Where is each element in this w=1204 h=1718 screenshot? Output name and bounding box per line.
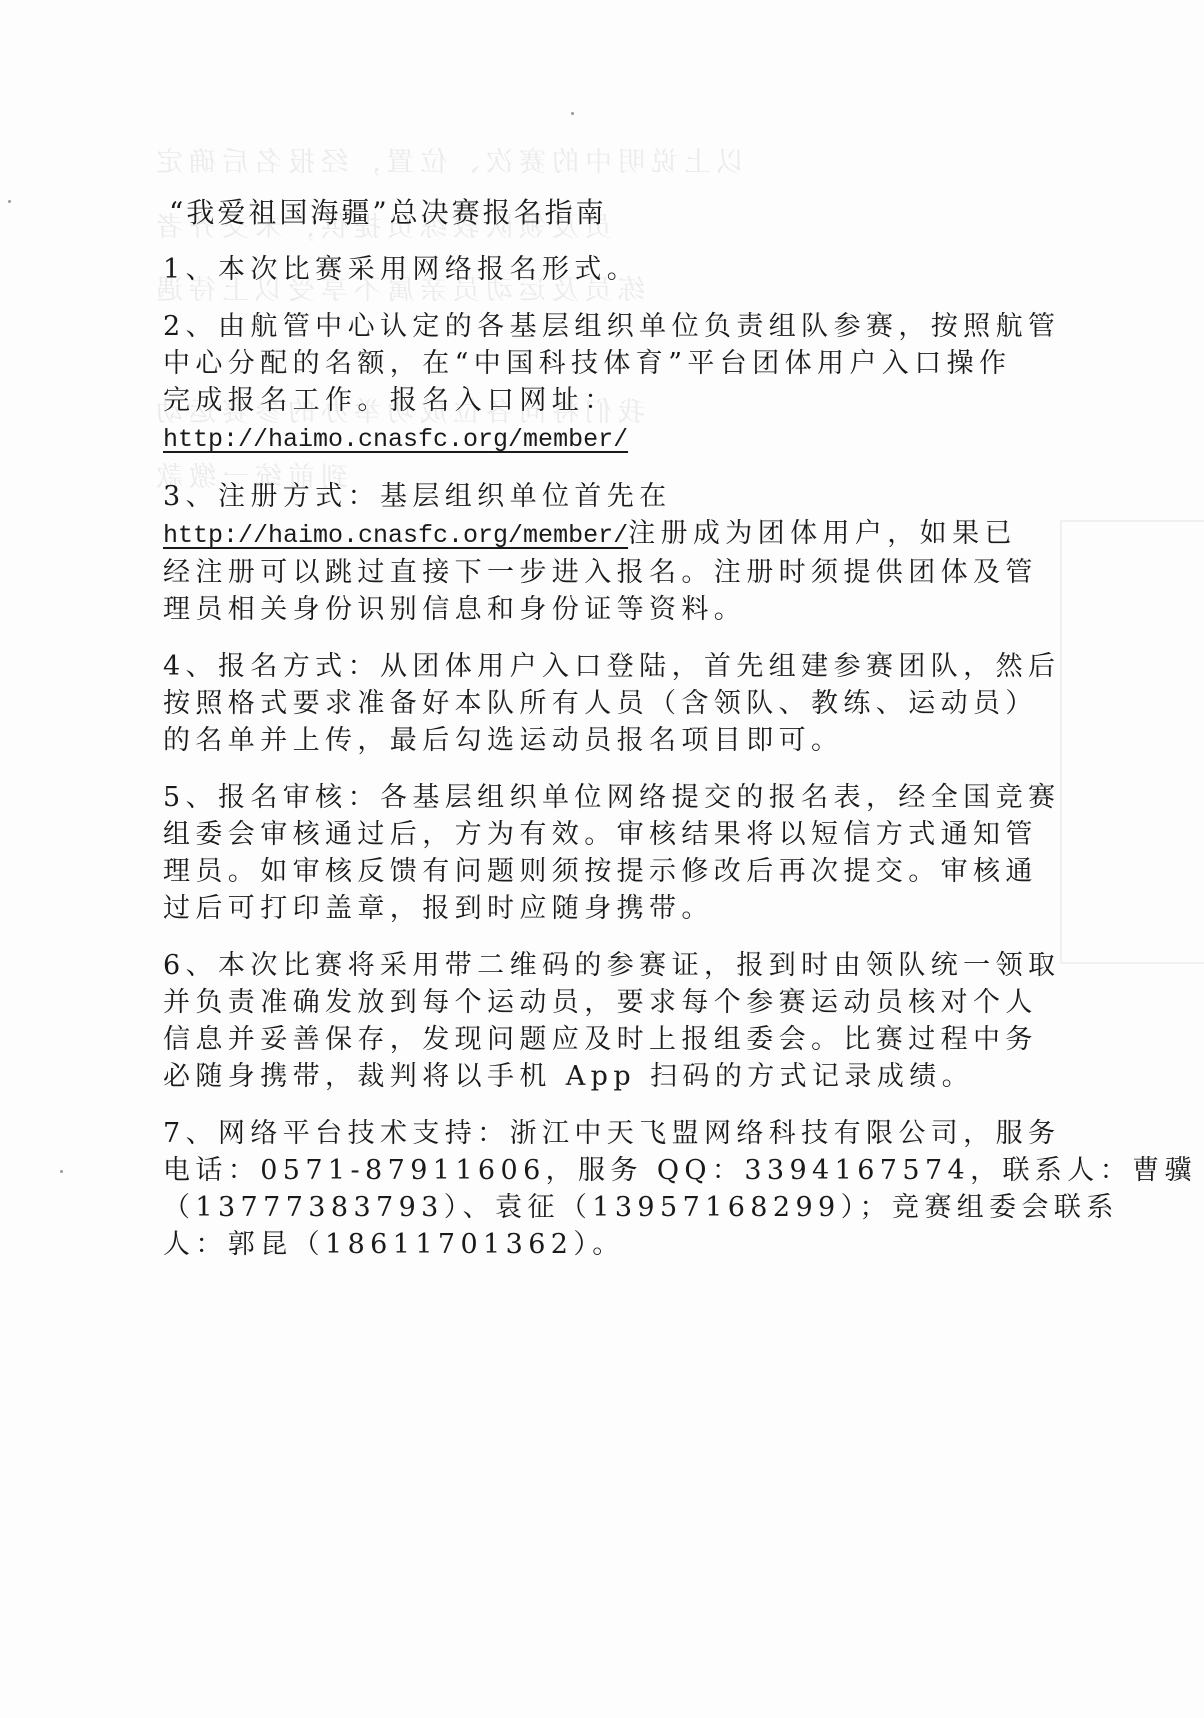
section-4-line: 按照格式要求准备好本队所有人员（含领队、教练、运动员） [163,685,1043,722]
section-6-line: 6、本次比赛将采用带二维码的参赛证，报到时由领队统一领取 [163,947,1043,984]
section-5-line: 理员。如审核反馈有问题则须按提示修改后再次提交。审核通 [163,853,1043,890]
section-4: 4、报名方式：从团体用户入口登陆，首先组建参赛团队，然后 按照格式要求准备好本队… [163,648,1043,759]
member-url-link[interactable]: http://haimo.cnasfc.org/member/ [163,521,628,550]
scan-speck [60,1170,63,1173]
section-7-line: 电话：0571-87911606，服务 QQ：3394167574，联系人：曹骥 [163,1152,1043,1189]
scan-speck [571,112,574,115]
scan-speck [8,200,11,203]
section-7: 7、网络平台技术支持：浙江中天飞盟网络科技有限公司，服务 电话：0571-879… [163,1115,1043,1263]
section-7-line: （13777383793）、袁征（13957168299）；竞赛组委会联系 [163,1189,1043,1226]
section-2-line: 中心分配的名额，在“中国科技体育”平台团体用户入口操作 [163,345,1043,382]
section-4-line: 的名单并上传，最后勾选运动员报名项目即可。 [163,722,1043,759]
section-6: 6、本次比赛将采用带二维码的参赛证，报到时由领队统一领取 并负责准确发放到每个运… [163,947,1043,1095]
section-2-line: 完成报名工作。报名入口网址： [163,382,1043,419]
section-4-line: 4、报名方式：从团体用户入口登陆，首先组建参赛团队，然后 [163,648,1043,685]
section-3-line: 经注册可以跳过直接下一步进入报名。注册时须提供团体及管 [163,554,1043,591]
section-5: 5、报名审核：各基层组织单位网络提交的报名表，经全国竞赛 组委会审核通过后，方为… [163,779,1043,927]
section-6-line: 必随身携带，裁判将以手机 App 扫码的方式记录成绩。 [163,1058,1043,1095]
document-title: “我爱祖国海疆”总决赛报名指南 [169,193,1043,233]
section-3-line: 注册成为团体用户，如果已 [628,518,1017,549]
section-6-line: 并负责准确发放到每个运动员，要求每个参赛运动员核对个人 [163,984,1043,1021]
section-3-line: 理员相关身份识别信息和身份证等资料。 [163,591,1043,628]
document-body: “我爱祖国海疆”总决赛报名指南 1、本次比赛采用网络报名形式。 2、由航管中心认… [163,193,1043,1283]
section-5-line: 过后可打印盖章，报到时应随身携带。 [163,890,1043,927]
bleed-through-table [1060,520,1204,964]
section-1-line: 1、本次比赛采用网络报名形式。 [163,251,1043,288]
section-7-line: 7、网络平台技术支持：浙江中天飞盟网络科技有限公司，服务 [163,1115,1043,1152]
section-1: 1、本次比赛采用网络报名形式。 [163,251,1043,288]
scanned-page: 以上说明中的赛次、位置，经报名后确定 员及领队教练员提供，未交齐者 练员及运动员… [0,0,1204,1718]
section-2: 2、由航管中心认定的各基层组织单位负责组队参赛，按照航管 中心分配的名额，在“中… [163,308,1043,458]
section-3: 3、注册方式：基层组织单位首先在 http://haimo.cnasfc.org… [163,478,1043,628]
bleed-through-text: 以上说明中的赛次、位置，经报名后确定 [150,140,744,179]
section-2-line: 2、由航管中心认定的各基层组织单位负责组队参赛，按照航管 [163,308,1043,345]
registration-url-link[interactable]: http://haimo.cnasfc.org/member/ [163,425,628,454]
section-3-line: 3、注册方式：基层组织单位首先在 [163,478,1043,515]
section-5-line: 5、报名审核：各基层组织单位网络提交的报名表，经全国竞赛 [163,779,1043,816]
section-5-line: 组委会审核通过后，方为有效。审核结果将以短信方式通知管 [163,816,1043,853]
section-7-line: 人：郭昆（18611701362）。 [163,1226,1043,1263]
section-6-line: 信息并妥善保存，发现问题应及时上报组委会。比赛过程中务 [163,1021,1043,1058]
